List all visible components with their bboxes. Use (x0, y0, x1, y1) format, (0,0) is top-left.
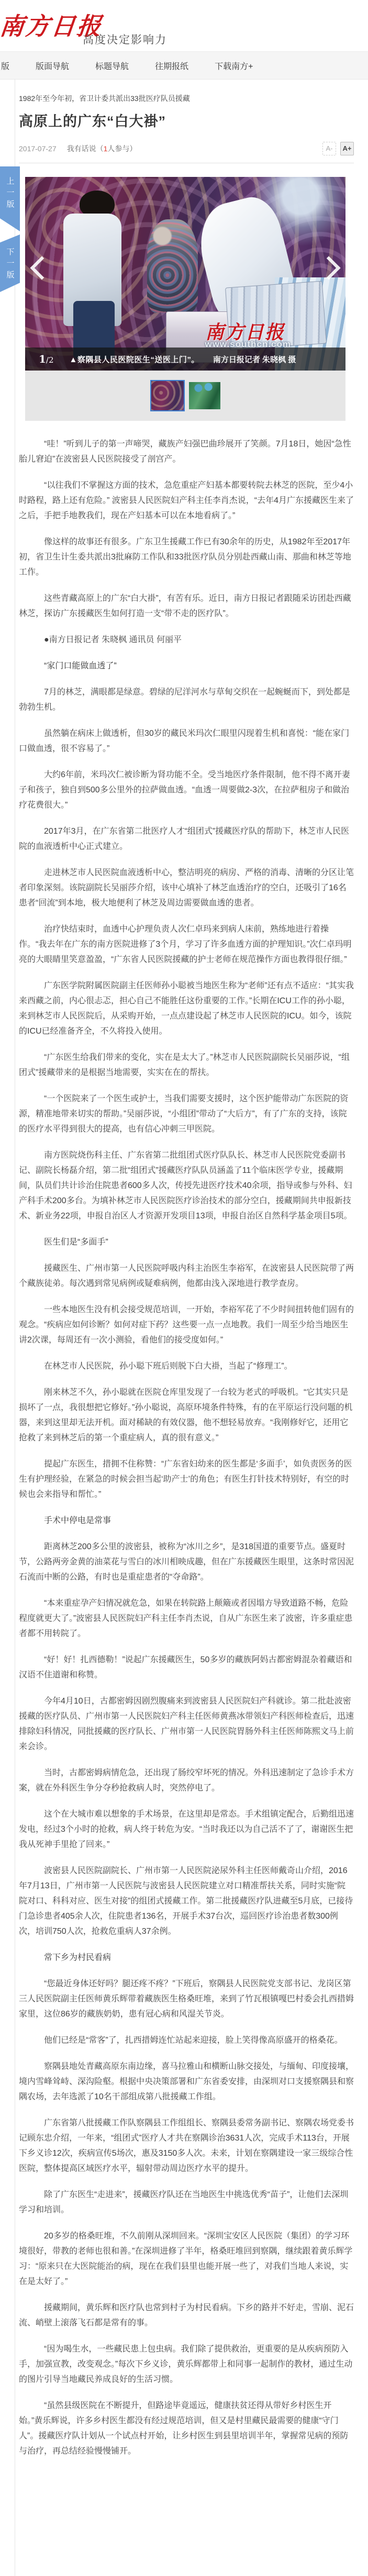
article-paragraph: 广东省第八批援藏工作队察隅县工作组组长、察隅县委常务副书记、察隅农场党委书记顾东… (19, 2115, 354, 2176)
article-paragraph: 虽然躺在病床上做透析，但30岁的藏民米玛次仁眼里闪现着生机和喜悦：“能在家门口做… (19, 726, 354, 756)
section-heading: 常下乡为村民看病 (19, 1950, 354, 1965)
carousel-thumbnails (25, 371, 345, 421)
article-paragraph: “哇！”听到儿子的第一声啼哭，藏族产妇强巴曲珍展开了笑颜。7月18日，她因“急性… (19, 436, 354, 467)
top-navigation: 版版面导航标题导航往期报纸下载南方+ (0, 51, 368, 80)
article-paragraph: 像这样的故事还有很多。广东卫生援藏工作已有30余年的历史，从1982年至2017… (19, 534, 354, 580)
article-paragraph: 察隅县地处青藏高原东南边缘，喜马拉雅山和横断山脉交接处，与缅甸、印度接壤，境内雪… (19, 2059, 354, 2104)
article-paragraph: 当时，古都密姆病情危急，还出现了肠绞窄坏死的情况。外科迅速制定了急诊手术方案，就… (19, 1765, 354, 1796)
nav-item-1[interactable]: 版面导航 (36, 60, 69, 72)
article-title: 高原上的广东“白大褂” (19, 110, 354, 130)
page: 南方日报 高度决定影响力 版版面导航标题导航往期报纸下载南方+ 上一版 下一版 … (0, 0, 368, 2576)
article-paragraph: 一些本地医生没有机会接受规范培训，一开始，李裕军花了不少时间扭转他们固有的观念。… (19, 1302, 354, 1348)
comment-link-post: 人参与） (107, 144, 137, 153)
article-paragraph: “虽然县级医院在不断提升，但路途毕竟遥远，健康扶贫还得从带好乡村医生开始。”黄乐… (19, 2398, 354, 2459)
article-paragraph: “以往我们不掌握这方面的技术，急危重症产妇基本都要转院去林芝的医院，至少4小时路… (19, 478, 354, 523)
article-paragraph: 提起广东医生，措拥不住称赞：“广东省妇幼来的医生都是‘多面手’，如负责医务的医生… (19, 1457, 354, 1502)
article-paragraph: 除了广东医生“走进来”，援藏医疗队还在当地医生中挑选优秀“苗子”，让他们去深圳学… (19, 2187, 354, 2217)
font-size-controls: A- A+ (322, 142, 354, 155)
article-paragraph: 在林芝市人民医院，孙小聪下班后则脱下白大褂，当起了“修理工”。 (19, 1359, 354, 1374)
photo-caption-bar: 1/2 ▲察隅县人民医院医生“送医上门”。 南方日报记者 朱晓枫 摄 (25, 348, 345, 371)
article-meta-row: 2017-07-27 我有话说（1人参与） A- A+ (19, 142, 354, 163)
article-paragraph: “因为喝生水，一些藏民患上包虫病。我们除了提供救治，更重要的是从疾病预防入手，加… (19, 2342, 354, 2387)
section-heading: 医生们是“多面手” (19, 1235, 354, 1250)
article-paragraph: 这个在大城市难以想象的手术场景，在这里却是常态。手术组镇定配合，后勤组迅速发电，… (19, 1807, 354, 1852)
next-page-tab[interactable]: 下一版 (0, 234, 20, 292)
content-left-border (15, 79, 15, 2576)
nav-item-0[interactable]: 版 (1, 60, 9, 72)
nav-item-3[interactable]: 往期报纸 (155, 60, 188, 72)
article-paragraph: “广东医生给我们带来的变化，实在是太大了。”林芝市人民医院副院长吴丽莎说，“组团… (19, 1050, 354, 1080)
photo-figure-elderly-patient (147, 219, 198, 312)
carousel-index: 1/2 (39, 353, 54, 365)
nav-item-2[interactable]: 标题导航 (95, 60, 129, 72)
article-paragraph: 他们已经是“常客”了，扎西措姆连忙站起来迎接，脸上笑得像高原盛开的格桑花。 (19, 2033, 354, 2048)
article-paragraph: 这些青藏高原上的广东“白大褂”，有苦有乐。近日，南方日报记者跟随采访团赴西藏林芝… (19, 591, 354, 621)
thumbnail-photo-1[interactable] (150, 380, 185, 411)
article-paragraph: 治疗快结束时，血透中心护理负责人次仁卓玛来到病人床前，熟练地进行着操作。“我去年… (19, 922, 354, 967)
article-body: “哇！”听到儿子的第一声啼哭，藏族产妇强巴曲珍展开了笑颜。7月18日，她因“急性… (19, 436, 354, 2491)
font-smaller-button[interactable]: A- (322, 142, 336, 155)
article-paragraph: 刚来林芝不久，孙小聪就在医院仓库里发现了一台较为老式的呼吸机。“它其实只是损坏了… (19, 1385, 354, 1446)
photo-credit: 南方日报记者 朱晓枫 摄 (213, 354, 296, 365)
article-paragraph: 7月的林芝，满眼都是绿意。碧绿的尼洋河水与草甸交织在一起蜿蜒而下，到处都是勃勃生… (19, 685, 354, 715)
article-paragraph: 走进林芝市人民医院血液透析中心，整洁明亮的病房、严格的消毒、清晰的分区让笔者印象… (19, 865, 354, 911)
newspaper-slogan: 高度决定影响力 (83, 31, 167, 47)
site-header: 南方日报 高度决定影响力 (0, 0, 368, 51)
section-heading: 手术中停电是常事 (19, 1513, 354, 1528)
article-paragraph: “好！好！扎西德勒！”说起广东援藏医生，50多岁的藏族阿妈古都密姆混杂着藏语和汉… (19, 1652, 354, 1683)
nav-item-4[interactable]: 下载南方+ (215, 60, 253, 72)
article-kicker: 1982年至今年初，省卫计委共派出33批医疗队员援藏 (19, 93, 354, 104)
article-paragraph: 援藏医生、广州市第一人民医院呼吸内科主治医生李裕军，在波密县人民医院带了两个藏族… (19, 1261, 354, 1291)
article-paragraph: “您最近身体还好吗？腿还疼不疼？”下班后，察隅县人民医院党支部书记、龙岗区第三人… (19, 1976, 354, 2022)
article-paragraph: 大约6年前，米玛次仁被诊断为肾功能不全。受当地医疗条件限制，他不得不离开妻子和孩… (19, 767, 354, 813)
prev-page-tab-label: 上一版 (5, 177, 16, 211)
article-paragraph: 距离林芝200多公里的波密县，被称为“冰川之乡”，是318国道的重要节点。盛夏时… (19, 1539, 354, 1585)
article-paragraph: “本来重症孕产妇情况就危急，如果在转院路上颠簸或者因塌方导致道路不畅，危险程度就… (19, 1596, 354, 1641)
article-paragraph: 今年4月10日，古都密姆因剧烈腹痛来到波密县人民医院妇产科就诊。第二批赴波密援藏… (19, 1694, 354, 1754)
article-paragraph: 20多岁的格桑旺堆，不久前刚从深圳回来。“深圳宝安区人民医院（集团）的学习环境很… (19, 2228, 354, 2289)
article-paragraph: 波密县人民医院副院长、广州市第一人民医院泌尿外科主任医师戴奇山介绍，2016年7… (19, 1863, 354, 1939)
thumbnail-photo-2[interactable] (189, 382, 220, 409)
comment-link-pre: 我有话说（ (67, 144, 104, 153)
article-byline: ●南方日报记者 朱晓枫 通讯员 何丽平 (19, 632, 354, 647)
article-paragraph: 南方医院烧伤科主任、广东省第二批组团式医疗队队长、林芝市人民医院党委副书记、副院… (19, 1148, 354, 1224)
comment-link[interactable]: 我有话说（1人参与） (67, 143, 137, 154)
font-larger-button[interactable]: A+ (340, 142, 354, 155)
article-paragraph: 援藏期间，黄乐辉和医疗队也常到村子为村民看病。下乡的路并不好走，雪崩、泥石流、峭… (19, 2300, 354, 2331)
article-paragraph: “一个医院来了一个医生或护士，当我们需要支援时，这个医护能带动广东医院的资源，精… (19, 1091, 354, 1137)
photo-carousel: 南方日报 www.southcn.com 1/2 ▲察隅县人民医院医生“送医上门… (25, 177, 345, 371)
section-heading: “家门口能做血透了” (19, 658, 354, 674)
article-main: 1982年至今年初，省卫计委共派出33批医疗队员援藏 高原上的广东“白大褂” 2… (0, 93, 368, 2491)
article-photo: 南方日报 www.southcn.com (25, 177, 345, 371)
article-date: 2017-07-27 (19, 144, 57, 153)
photo-caption: ▲察隅县人民医院医生“送医上门”。 (70, 354, 199, 365)
article-paragraph: 广东医学院附属医院副主任医师孙小聪被当地医生称为“老师”还有点不适应：“其实我来… (19, 978, 354, 1039)
article-paragraph: 2017年3月，在广东省第二批医疗人才“组团式”援藏医疗队的帮助下，林芝市人民医… (19, 824, 354, 854)
next-page-tab-label: 下一版 (5, 248, 16, 282)
